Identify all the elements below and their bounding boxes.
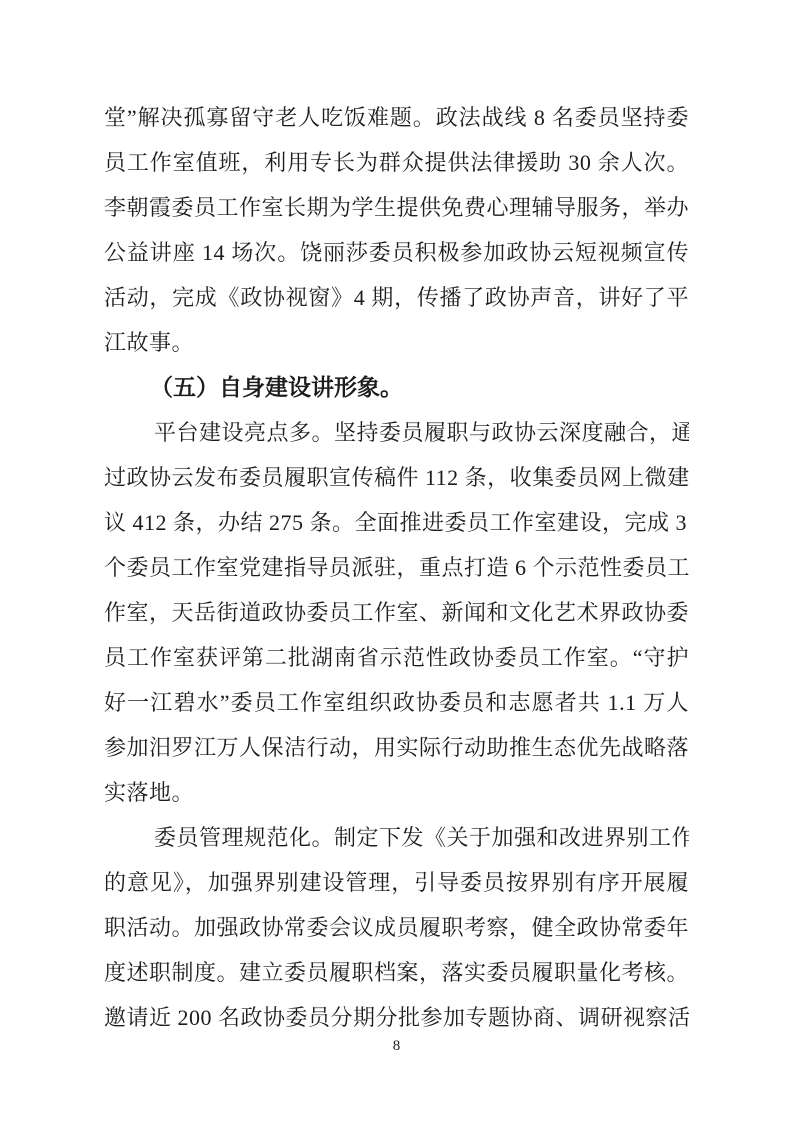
- text-line: 平台建设亮点多。坚持委员履职与政协云深度融合，通: [104, 410, 689, 455]
- document-body: 堂”解决孤寡留守老人吃饭难题。政法战线 8 名委员坚持委员工作室值班，利用专长为…: [104, 95, 689, 1040]
- text-line: 好一江碧水”委员工作室组织政协委员和志愿者共 1.1 万人: [104, 680, 689, 725]
- text-line: 公益讲座 14 场次。饶丽莎委员积极参加政协云短视频宣传: [104, 230, 689, 275]
- page-number: 8: [0, 1036, 793, 1056]
- text-line: 委员管理规范化。制定下发《关于加强和改进界别工作: [104, 815, 689, 860]
- text-line: 作室，天岳街道政协委员工作室、新闻和文化艺术界政协委: [104, 590, 689, 635]
- document-page: 堂”解决孤寡留守老人吃饭难题。政法战线 8 名委员坚持委员工作室值班，利用专长为…: [0, 0, 793, 1122]
- text-line: 堂”解决孤寡留守老人吃饭难题。政法战线 8 名委员坚持委: [104, 95, 689, 140]
- text-line: 议 412 条，办结 275 条。全面推进委员工作室建设，完成 31: [104, 500, 689, 545]
- text-line: 员工作室获评第二批湖南省示范性政协委员工作室。“守护: [104, 635, 689, 680]
- text-line: 邀请近 200 名政协委员分期分批参加专题协商、调研视察活: [104, 995, 689, 1040]
- section-heading: （五）自身建设讲形象。: [104, 365, 689, 410]
- text-line: 个委员工作室党建指导员派驻，重点打造 6 个示范性委员工: [104, 545, 689, 590]
- text-line: 员工作室值班，利用专长为群众提供法律援助 30 余人次。: [104, 140, 689, 185]
- text-line: 参加汨罗江万人保洁行动，用实际行动助推生态优先战略落: [104, 725, 689, 770]
- text-line: 职活动。加强政协常委会议成员履职考察，健全政协常委年: [104, 905, 689, 950]
- text-line: 过政协云发布委员履职宣传稿件 112 条，收集委员网上微建: [104, 455, 689, 500]
- text-line: 实落地。: [104, 770, 689, 815]
- text-line: 的意见》，加强界别建设管理，引导委员按界别有序开展履: [104, 860, 689, 905]
- text-line: 活动，完成《政协视窗》4 期，传播了政协声音，讲好了平: [104, 275, 689, 320]
- text-line: 江故事。: [104, 320, 689, 365]
- text-line: 度述职制度。建立委员履职档案，落实委员履职量化考核。: [104, 950, 689, 995]
- text-line: 李朝霞委员工作室长期为学生提供免费心理辅导服务，举办: [104, 185, 689, 230]
